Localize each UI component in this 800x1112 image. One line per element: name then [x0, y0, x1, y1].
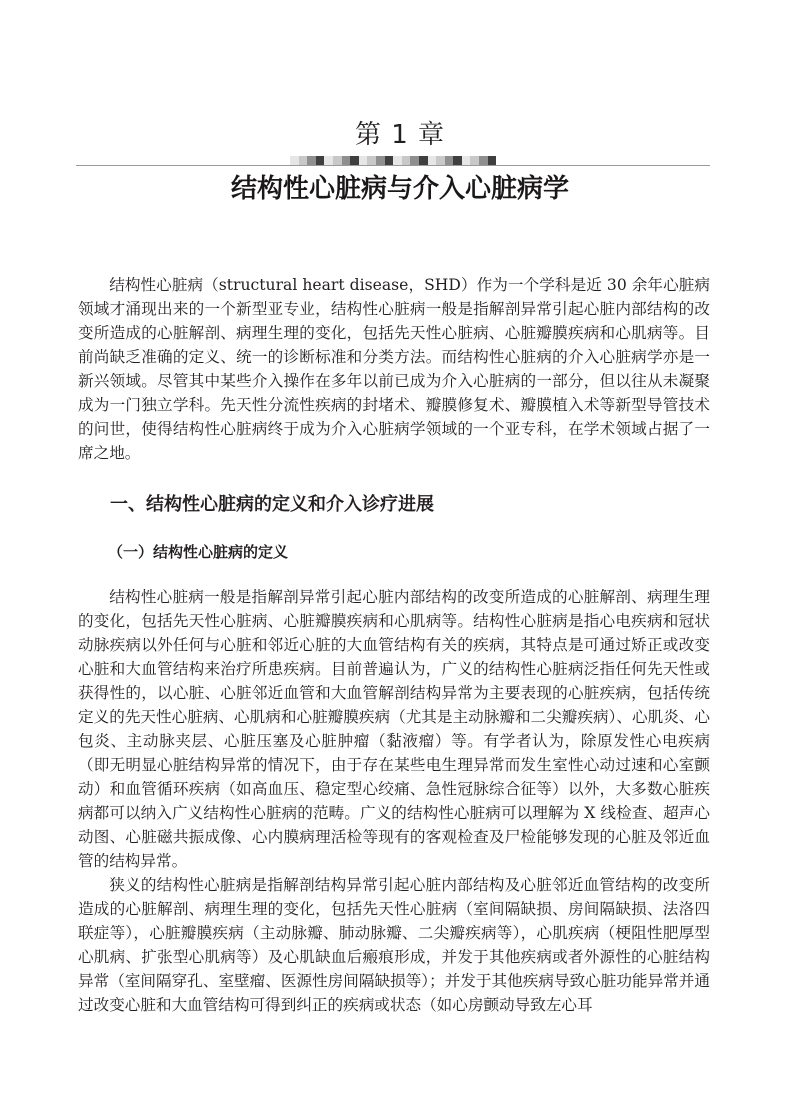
- decoration-square: [410, 156, 419, 165]
- decoration-square: [453, 156, 462, 165]
- section-heading: 一、结构性心脏病的定义和介入诊疗进展: [110, 492, 434, 518]
- decoration-square: [402, 156, 411, 165]
- decoration-square: [299, 156, 308, 165]
- decoration-square: [367, 156, 376, 165]
- decoration-square: [342, 156, 351, 165]
- body-paragraph: 结构性心脏病一般是指解剖异常引起心脏内部结构的改变所造成的心脏解剖、病理生理的变…: [78, 585, 710, 873]
- decoration-square: [385, 156, 394, 165]
- intro-paragraph: 结构性心脏病（structural heart disease，SHD）作为一个…: [78, 273, 710, 465]
- decoration-square: [290, 156, 299, 165]
- decoration-square: [428, 156, 437, 165]
- document-page: 第 1 章 结构性心脏病与介入心脏病学 结构性心脏病（structural he…: [0, 0, 800, 1112]
- chapter-decoration-squares: [290, 156, 496, 165]
- body-paragraph: 狭义的结构性心脏病是指解剖结构异常引起心脏内部结构及心脏邻近血管结构的改变所造成…: [78, 873, 710, 1017]
- decoration-square: [479, 156, 488, 165]
- decoration-square: [307, 156, 316, 165]
- chapter-number: 第 1 章: [0, 120, 800, 150]
- decoration-square: [324, 156, 333, 165]
- subsection-text: 结构性心脏病一般是指解剖异常引起心脏内部结构的改变所造成的心脏解剖、病理生理的变…: [78, 585, 710, 1017]
- decoration-square: [462, 156, 471, 165]
- decoration-square: [445, 156, 454, 165]
- decoration-square: [470, 156, 479, 165]
- decoration-square: [488, 156, 497, 165]
- decoration-square: [359, 156, 368, 165]
- decoration-square: [316, 156, 325, 165]
- decoration-square: [393, 156, 402, 165]
- decoration-square: [436, 156, 445, 165]
- subsection-heading: （一）结构性心脏病的定义: [108, 541, 288, 563]
- decoration-square: [350, 156, 359, 165]
- decoration-square: [376, 156, 385, 165]
- chapter-divider-line: [76, 165, 710, 166]
- intro-text: 结构性心脏病（structural heart disease，SHD）作为一个…: [78, 273, 710, 465]
- decoration-square: [419, 156, 428, 165]
- chapter-title: 结构性心脏病与介入心脏病学: [0, 172, 800, 206]
- decoration-square: [333, 156, 342, 165]
